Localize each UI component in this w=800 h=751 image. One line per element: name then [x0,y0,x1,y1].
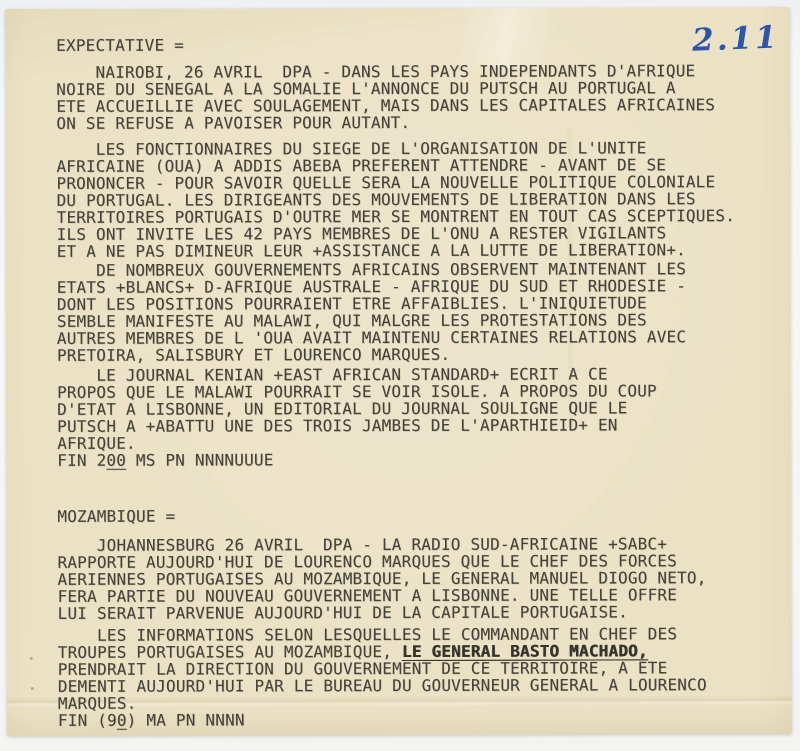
fin-suffix: MS PN NNNNUUUE [126,450,274,469]
fin-underlined-digit: 0 [117,711,127,730]
article2-paragraph-2: LES INFORMATIONS SELON LESQUELLES LE COM… [58,625,707,729]
article2-fin-line: FIN (90) MA PN NNNN [58,710,245,729]
telex-paper-sheet: 2.11 EXPECTATIVE = NAIROBI, 26 AVRIL DPA… [5,7,792,736]
paper-speck [31,687,34,690]
article2-paragraph-2-rest: PRENDRAIT LA DIRECTION DU GOUVERNEMENT D… [58,658,707,713]
fin-prefix: FIN 2 [57,451,106,470]
paper-crease-top [425,8,585,68]
fin-suffix: ) MA PN NNNN [127,710,245,729]
fin-prefix: FIN (9 [58,711,117,730]
article1-paragraph-1: NAIROBI, 26 AVRIL DPA - DANS LES PAYS IN… [56,62,715,132]
handwritten-page-number: 2.11 [691,19,780,58]
article1-fin-line: FIN 200 MS PN NNNNUUUE [57,450,273,470]
article2-paragraph-1: JOHANNESBURG 26 AVRIL DPA - LA RADIO SUD… [57,535,706,622]
article1-heading: EXPECTATIVE = [56,37,184,54]
article1-paragraph-4-body: LE JOURNAL KENIAN +EAST AFRICAN STANDARD… [57,364,657,452]
article1-paragraph-3: DE NOMBREUX GOUVERNEMENTS AFRICAINS OBSE… [57,260,687,364]
fin-underlined-digits: 00 [106,451,126,470]
article1-paragraph-2: LES FONCTIONNAIRES DU SIEGE DE L'ORGANIS… [56,139,735,260]
article2-heading: MOZAMBIQUE = [57,508,175,525]
article1-paragraph-4: LE JOURNAL KENIAN +EAST AFRICAN STANDARD… [57,365,657,469]
paper-speck [30,657,33,660]
